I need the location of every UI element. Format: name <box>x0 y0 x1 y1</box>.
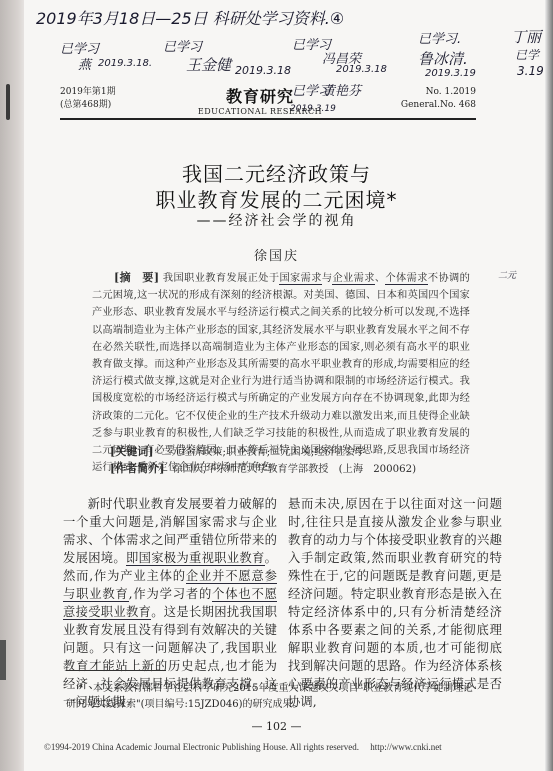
article-title-line2: 职业教育发展的二元困境* <box>0 184 553 213</box>
binding-mark <box>6 84 10 120</box>
author-info-value: 徐国庆,华东师范大学教育学部教授 (上海 200062) <box>172 464 416 475</box>
handwritten-header-note: 2019年3月18日—25日 科研处学习资料.④ <box>36 6 344 29</box>
body-column-left: 新时代职业教育发展要着力破解的一个重大问题是,消解国家需求与企业需求、个体需求之… <box>63 495 277 711</box>
body-underline: 即国家极为重视职业教育 <box>126 551 265 566</box>
signature-2-date: 2019.3.18 <box>235 64 291 77</box>
signature-3-date: 2019.3.18 <box>336 64 387 75</box>
signature-1-name: 燕 <box>78 54 91 73</box>
keywords-label: [关键词] <box>110 445 153 458</box>
abstract-text-pre: 我国职业教育发展正处于 <box>163 273 280 284</box>
journal-header: 2019年第1期 (总第468期) 教育研究 EDUCATIONAL RESEA… <box>60 84 476 120</box>
abstract-underline-national-demand: 国家需求 <box>279 273 321 285</box>
signature-2-name: 王金健 <box>186 54 231 75</box>
footnote-line2: 研究与实践探索"(项目编号:15JZD046)的研究成果。 <box>66 697 498 713</box>
signature-4-note: 已学习. <box>418 28 461 47</box>
article-subtitle: ——经济社会学的视角 <box>0 210 553 230</box>
page-number: — 102 — <box>0 720 553 733</box>
total-issue-number: (总第468期) <box>60 99 116 112</box>
copyright-notice: ©1994-2019 China Academic Journal Electr… <box>44 740 442 753</box>
keywords-value: 二元经济政策;职业教育;二元困境;经济社会学 <box>161 447 365 458</box>
abstract-text: 、 <box>375 273 386 284</box>
body-column-right: 悬而未决,原因在于以往面对这一问题时,往往只是直接从激发企业参与职业教育的动力与… <box>288 495 502 711</box>
binding-mark-lower <box>0 640 6 680</box>
signature-2-note: 已学习 <box>163 36 202 55</box>
margin-annotation: 二元 <box>498 268 516 281</box>
footnote: * 本文系教育部哲学社会科学研究2015年度重大课题攻关项目"职业教育现代学徒制… <box>78 681 498 713</box>
author-info: [作者简介]徐国庆,华东师范大学教育学部教授 (上海 200062) <box>110 460 416 476</box>
journal-title: 教育研究 EDUCATIONAL RESEARCH <box>180 84 340 116</box>
footnote-rule <box>66 670 166 671</box>
footnote-line1: * 本文系教育部哲学社会科学研究2015年度重大课题攻关项目"职业教育现代学徒制… <box>78 681 498 697</box>
signature-4-date: 2019.3.19 <box>425 68 476 79</box>
issue-no-en: No. 1.2019 <box>401 86 476 99</box>
body-text: ,作为学习者的 <box>129 587 212 601</box>
issue-number: 2019年第1期 <box>60 86 116 99</box>
article-author: 徐国庆 <box>0 245 553 264</box>
signature-1-date: 2019.3.18. <box>98 58 152 69</box>
abstract-text: 与 <box>322 273 333 284</box>
abstract-underline-enterprise-demand: 企业需求 <box>332 273 374 285</box>
abstract-label: [摘 要] <box>114 271 159 284</box>
journal-title-cn: 教育研究 <box>180 84 340 107</box>
signature-4-name: 鲁冰清. <box>418 48 468 69</box>
issue-info: 2019年第1期 (总第468期) <box>60 86 116 112</box>
signature-5-date: 3.19 <box>517 64 544 78</box>
keywords: [关键词]二元经济政策;职业教育;二元困境;经济社会学 <box>110 443 365 459</box>
author-info-label: [作者简介] <box>110 462 164 475</box>
general-no: General.No. 468 <box>401 99 476 112</box>
journal-title-en: EDUCATIONAL RESEARCH <box>180 107 340 116</box>
abstract-underline-individual-demand: 个体需求 <box>385 273 427 285</box>
article-title-line1: 我国二元经济政策与 <box>0 158 553 187</box>
issue-info-en: No. 1.2019 General.No. 468 <box>401 86 476 112</box>
signature-5-name: 丁丽 <box>511 26 541 47</box>
page-edge-right <box>545 0 553 771</box>
signature-5-note: 已学 <box>515 46 539 63</box>
